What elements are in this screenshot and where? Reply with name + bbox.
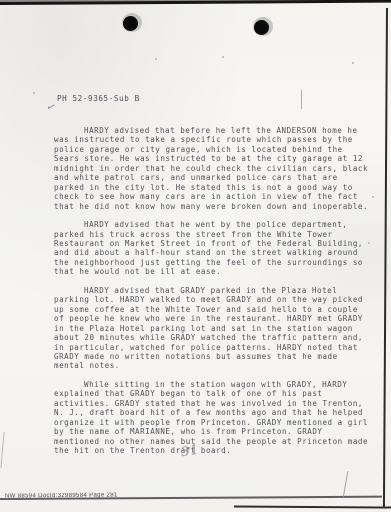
scan-speck [155, 58, 157, 60]
scan-edge-right [383, 8, 388, 508]
scan-speck [33, 92, 35, 94]
paragraph: HARDY advised that GRADY parked in the P… [54, 286, 370, 371]
scan-speck [222, 56, 224, 58]
scan-artifact-line [343, 471, 349, 498]
paragraph: While sitting in the station wagon with … [54, 380, 370, 456]
scan-artifact-line [301, 90, 302, 109]
scan-speck [352, 62, 354, 64]
scan-speck [368, 242, 370, 244]
hole-punch-right [253, 17, 273, 36]
scan-speck [372, 196, 374, 198]
file-number: PH 52-9365-Sub B [57, 94, 140, 103]
handwritten-mark: ✓ [45, 101, 56, 114]
paragraph: HARDY advised that he went by the police… [54, 220, 370, 277]
page-number: 31 [180, 443, 201, 461]
hole-punch-left [122, 13, 142, 32]
paragraph: HARDY advised that before he left the AN… [54, 126, 370, 211]
scan-artifact-line [0, 432, 4, 468]
document-body: HARDY advised that before he left the AN… [54, 126, 370, 465]
scan-edge-top [0, 0, 391, 5]
scanned-document-page: PH 52-9365-Sub B ✓ HARDY advised that be… [0, 0, 391, 512]
scan-edge-bottom [234, 505, 391, 508]
